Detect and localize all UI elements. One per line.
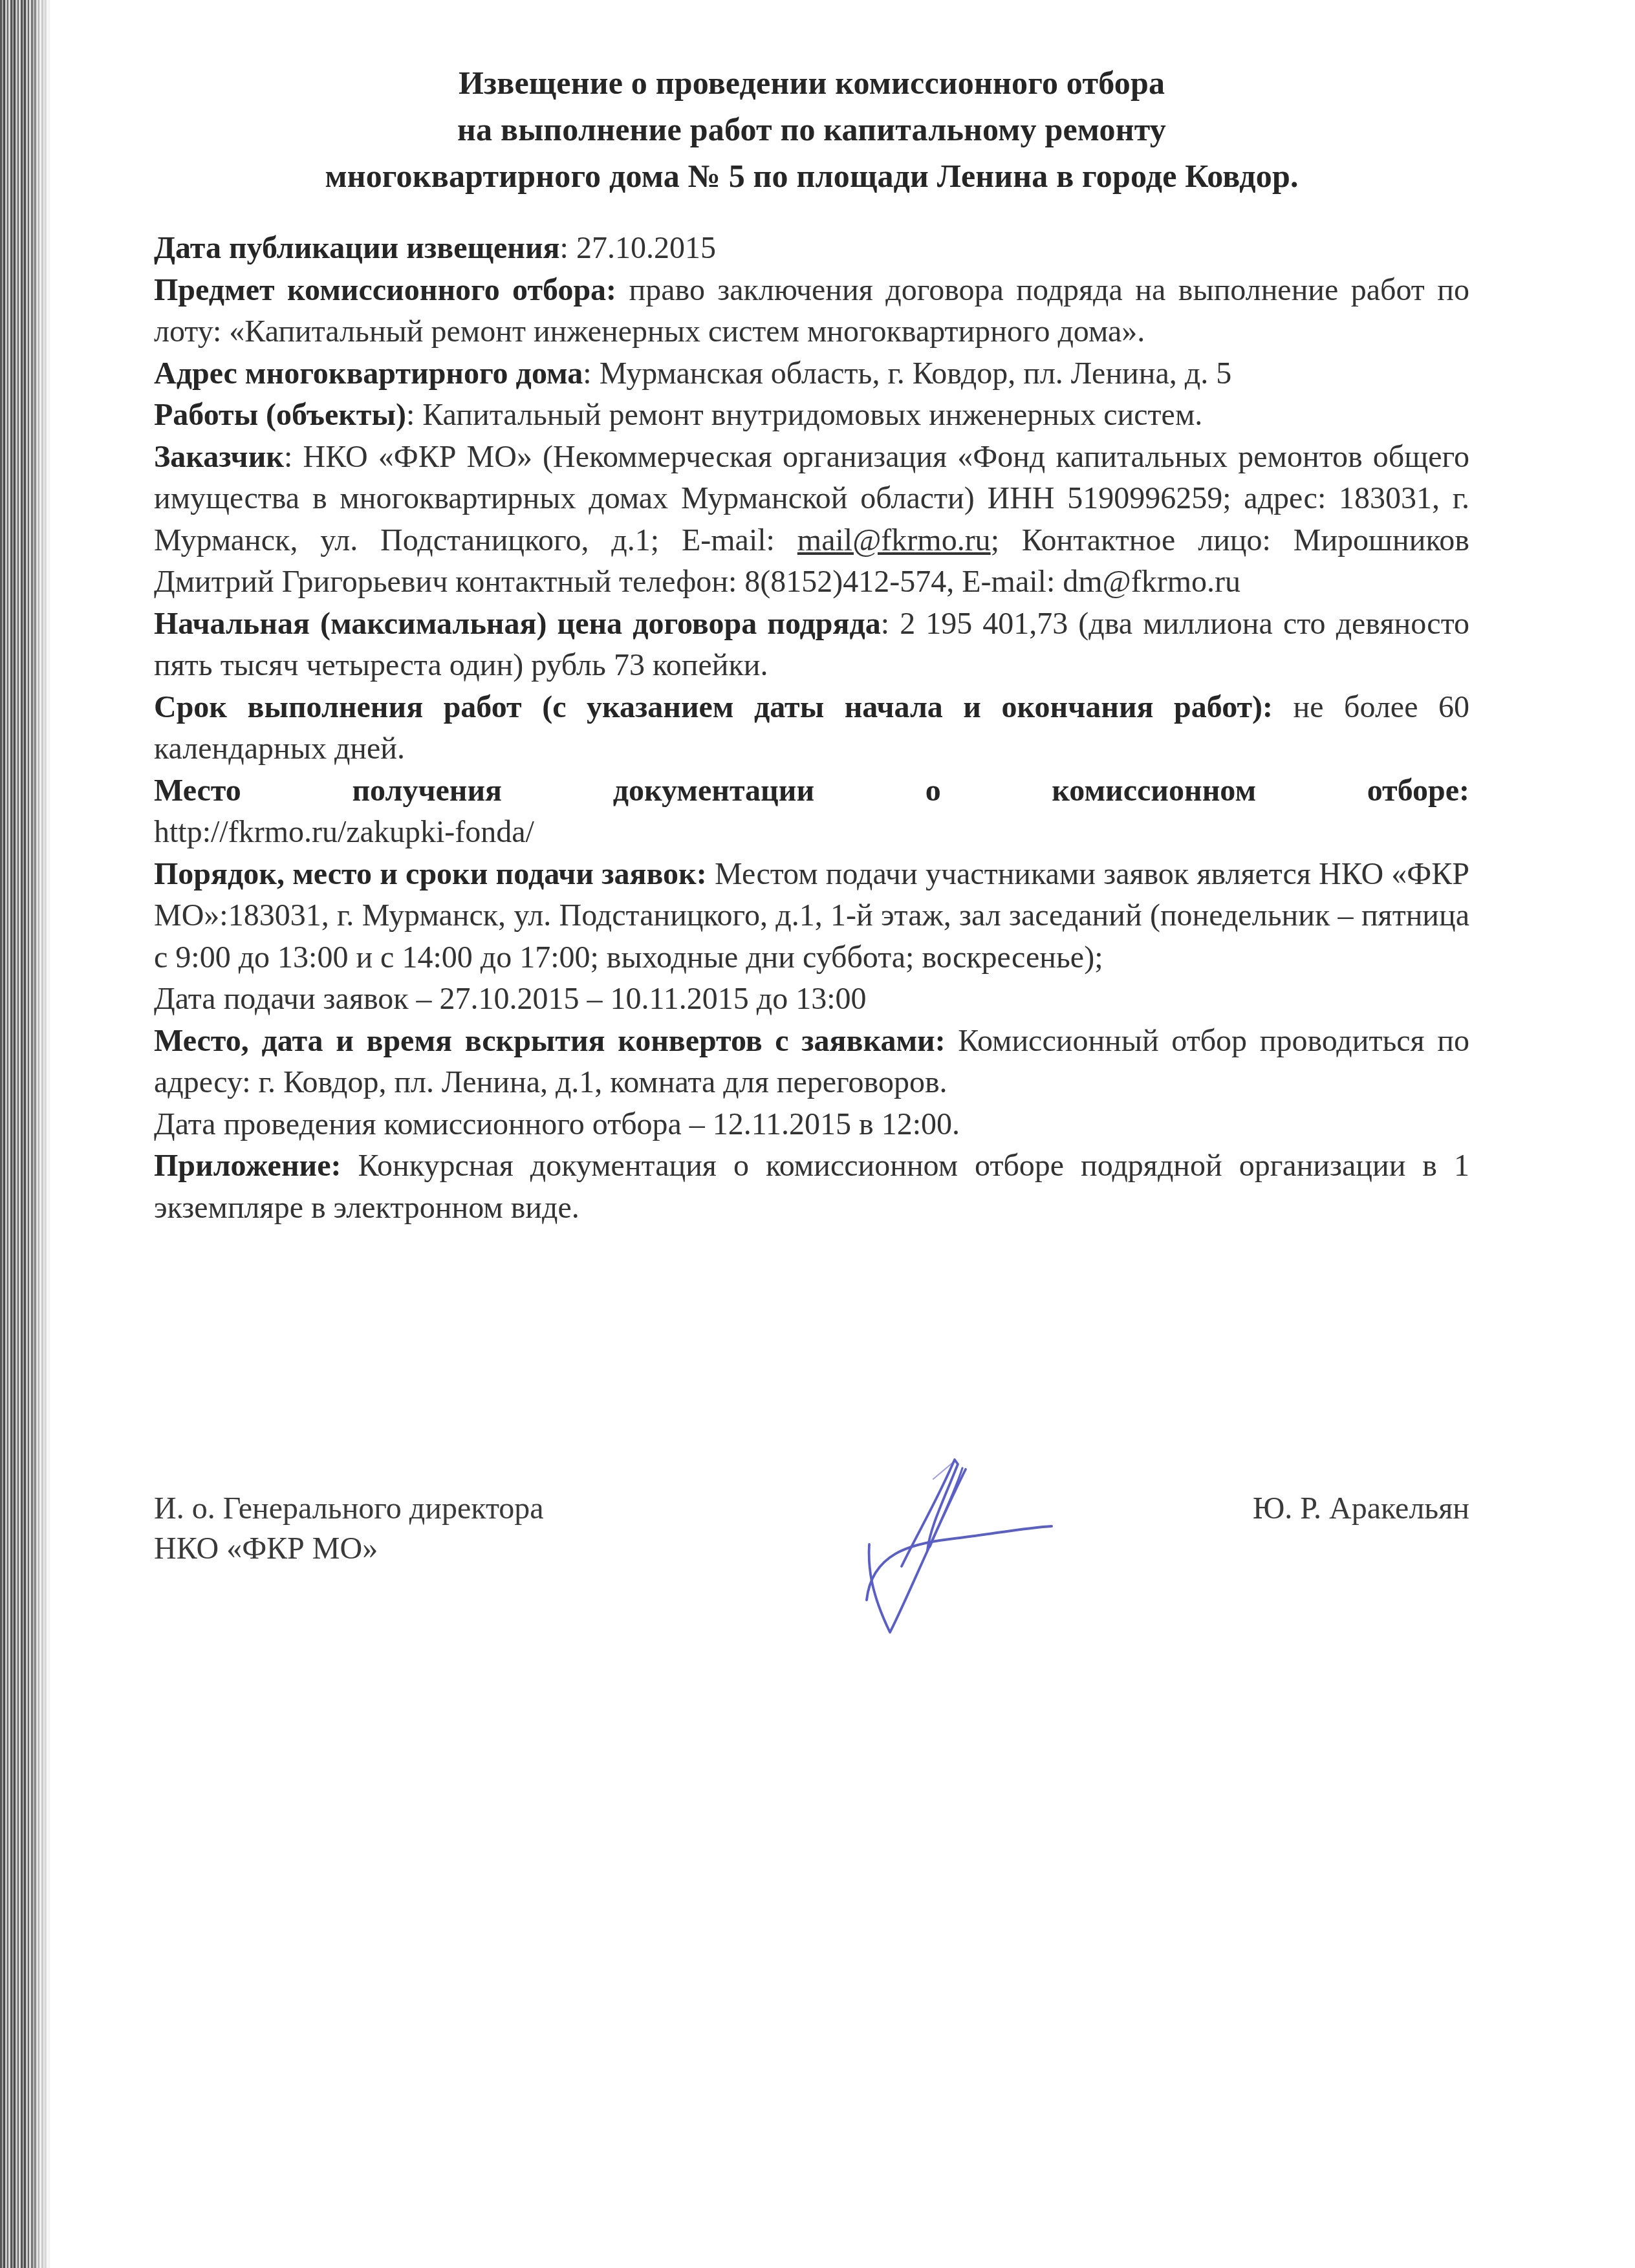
position-line-2: НКО «ФКР МО» [154,1529,544,1569]
field-label: Начальная (максимальная) цена договора п… [154,607,881,641]
signatory-name: Ю. Р. Аракельян [1253,1489,1469,1529]
field-customer: Заказчик: НКО «ФКР МО» (Некоммерческая о… [154,437,1469,603]
field-opening-date: Дата проведения комиссионного отбора – 1… [154,1104,1469,1146]
title-line-2: на выполнение работ по капитальному ремо… [154,106,1469,153]
field-label: Срок выполнения работ (с указанием даты … [154,690,1273,724]
scanner-edge-artifact [0,0,52,2268]
field-label: Дата публикации извещения [154,231,560,265]
field-address: Адрес многоквартирного дома: Мурманская … [154,353,1469,395]
field-submission: Порядок, место и сроки подачи заявок: Ме… [154,854,1469,979]
handwritten-signature-icon [833,1431,1079,1637]
field-label: Адрес многоквартирного дома [154,356,583,391]
field-label: Место, дата и время вскрытия конвертов с… [154,1024,946,1058]
document-body: Дата публикации извещения: 27.10.2015 Пр… [154,228,1469,1229]
docs-url-link[interactable]: http://fkrmo.ru/zakupki-fonda/ [154,815,534,849]
document-title: Извещение о проведении комиссионного отб… [154,59,1469,199]
field-opening: Место, дата и время вскрытия конвертов с… [154,1021,1469,1104]
field-docs-place-label: Место получения документации о комиссион… [154,770,1469,812]
customer-email-link[interactable]: mail@fkrmo.ru [797,523,991,557]
field-price: Начальная (максимальная) цена договора п… [154,603,1469,687]
field-label: Приложение: [154,1149,341,1183]
field-value: : Мурманская область, г. Ковдор, пл. Лен… [583,356,1231,391]
title-line-3: многоквартирного дома № 5 по площади Лен… [154,153,1469,199]
field-docs-place-value: http://fkrmo.ru/zakupki-fonda/ [154,812,1469,854]
field-submission-dates: Дата подачи заявок – 27.10.2015 – 10.11.… [154,978,1469,1021]
field-label: Порядок, место и сроки подачи заявок: [154,857,707,891]
field-label: Заказчик [154,440,284,474]
field-value: : 27.10.2015 [560,231,716,265]
field-attachment: Приложение: Конкурсная документация о ко… [154,1145,1469,1229]
title-line-1: Извещение о проведении комиссионного отб… [154,59,1469,106]
field-value: Конкурсная документация о комиссионном о… [154,1149,1469,1225]
field-label: Предмет комиссионного отбора: [154,273,616,307]
opening-date: Дата проведения комиссионного отбора – 1… [154,1107,960,1141]
submission-dates: Дата подачи заявок – 27.10.2015 – 10.11.… [154,982,867,1016]
field-term: Срок выполнения работ (с указанием даты … [154,687,1469,770]
field-label: Место получения документации о комиссион… [154,773,1469,808]
field-works: Работы (объекты): Капитальный ремонт вну… [154,394,1469,437]
field-subject: Предмет комиссионного отбора: право закл… [154,270,1469,353]
position-line-1: И. о. Генерального директора [154,1489,544,1529]
field-value: : Капитальный ремонт внутридомовых инжен… [406,398,1202,432]
field-label: Работы (объекты) [154,398,406,432]
signatory-position: И. о. Генерального директора НКО «ФКР МО… [154,1489,544,1569]
field-publication-date: Дата публикации извещения: 27.10.2015 [154,228,1469,270]
